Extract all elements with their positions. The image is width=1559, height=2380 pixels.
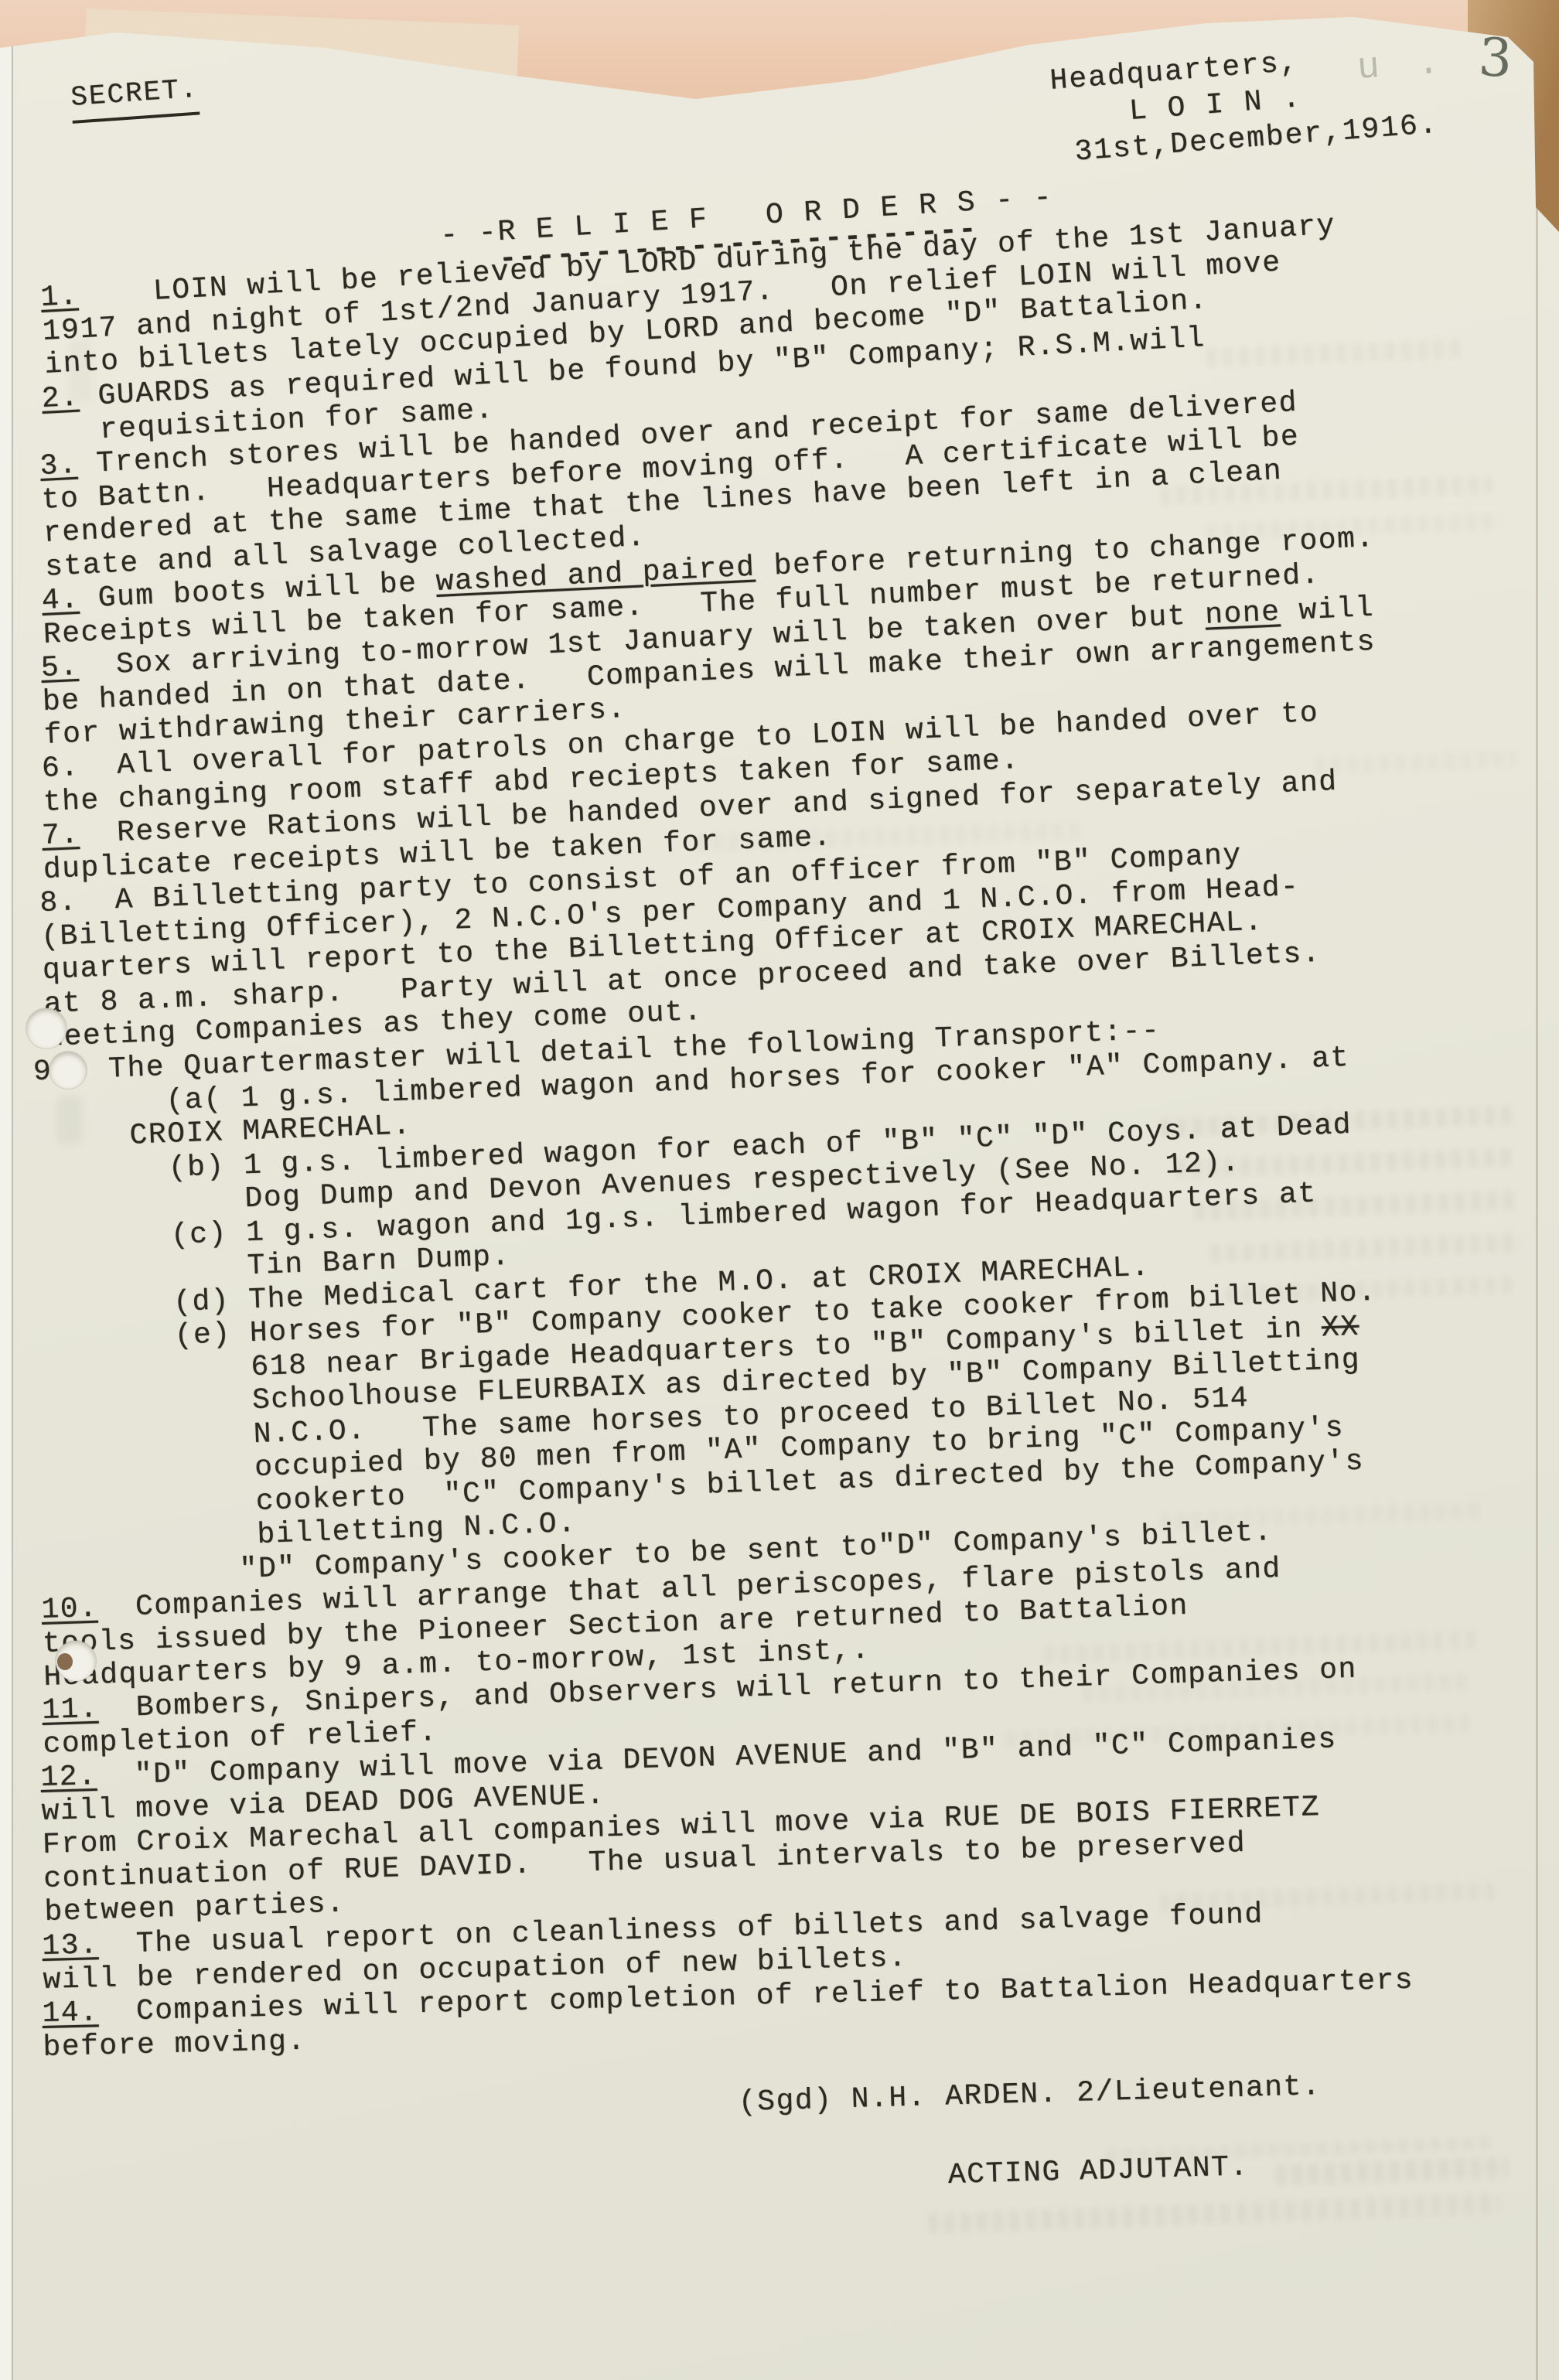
order-text-segment: none [1204, 595, 1281, 632]
order-text-segment: XX [1321, 1310, 1359, 1345]
order-text-segment: before moving. [43, 2024, 306, 2064]
order-text-segment: 3. [39, 448, 79, 482]
paper-smudge [70, 340, 91, 402]
order-text-segment: 13. [42, 1928, 99, 1963]
punch-hole [26, 1008, 67, 1048]
order-text-segment: 5. [40, 650, 80, 684]
orders-list: 1. LOIN will be relieved by LORD during … [43, 281, 1558, 2065]
order-text-segment: 4. [41, 582, 80, 617]
order-paragraph-9: 9. The Quartermaster will detail the fol… [32, 1000, 1559, 1593]
document-page: SECRET. Headquarters, L O I N . 31st,Dec… [0, 0, 1559, 2380]
faint-stamp-mark: u . [1356, 42, 1448, 90]
bleed-through-smudge [928, 2194, 1500, 2234]
order-text-segment: 12. [40, 1760, 97, 1795]
paper-edge [0, 40, 13, 2380]
paper-smudge [57, 1096, 82, 1144]
photograph-background: SECRET. Headquarters, L O I N . 31st,Dec… [0, 0, 1559, 2380]
order-text-segment: 7. [41, 818, 80, 853]
order-text-segment: 11. [42, 1693, 99, 1727]
bleed-through-smudge [1276, 2157, 1509, 2185]
order-text-segment: will [1279, 591, 1374, 628]
order-text-segment: 14. [42, 1996, 99, 2031]
signature-role: ACTING ADJUTANT. [947, 2150, 1249, 2192]
punch-hole-shadow [57, 1653, 73, 1670]
punch-hole [49, 1052, 87, 1089]
order-text-segment: 1. [39, 279, 79, 315]
classification-label: SECRET. [70, 73, 200, 124]
order-text-segment: 10. [41, 1591, 98, 1626]
signature-line: (Sgd) N.H. ARDEN. 2/Lieutenant. [738, 2070, 1321, 2119]
